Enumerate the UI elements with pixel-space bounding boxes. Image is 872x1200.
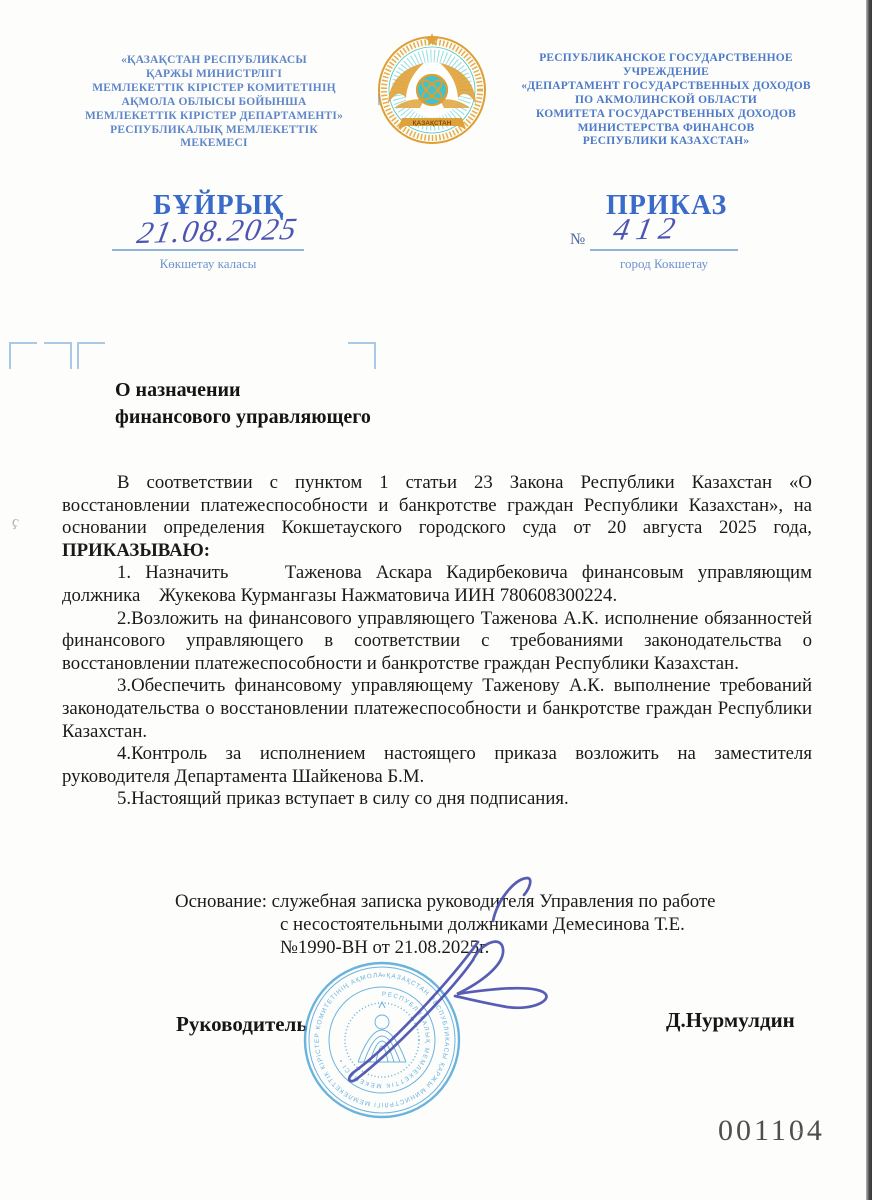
org-ru-line: РЕСПУБЛИКАНСКОЕ ГОСУДАРСТВЕННОЕ — [500, 52, 832, 66]
body-item: 4.Контроль за исполнением настоящего при… — [62, 743, 812, 788]
scan-artifact — [378, 94, 380, 105]
org-kk-line: РЕСПУБЛИКАЛЫҚ МЕМЛЕКЕТТІК — [58, 124, 370, 138]
body-item: 1. Назначить Таженова Аскара Кадирбекови… — [62, 562, 812, 607]
date-fill-line — [112, 249, 304, 251]
body-item: 2.Возложить на финансового управляющего … — [62, 608, 812, 676]
handwritten-order-number: 412 — [610, 210, 685, 248]
city-label-kazakh: Көкшетау каласы — [112, 256, 304, 272]
body-intro-paragraph: В соответствии с пунктом 1 статьи 23 Зак… — [62, 472, 812, 562]
number-sign: № — [570, 231, 585, 249]
org-name-russian: РЕСПУБЛИКАНСКОЕ ГОСУДАРСТВЕННОЕ УЧРЕЖДЕН… — [500, 52, 832, 149]
crop-corner-mark — [44, 342, 72, 369]
number-fill-line — [590, 249, 738, 251]
form-number: 001104 — [718, 1114, 825, 1148]
emblem-banner-label: ҚАЗАҚСТАН — [413, 120, 452, 127]
kazakhstan-emblem-icon: ҚАЗАҚСТАН — [374, 30, 490, 146]
crop-corner-mark — [77, 342, 105, 369]
org-kk-line: МЕМЛЕКЕТТІК КІРІСТЕР ДЕПАРТАМЕНТІ» — [58, 110, 370, 124]
pen-signature — [330, 866, 570, 1096]
org-kk-line: МЕКЕМЕСІ — [58, 137, 370, 151]
order-body: В соответствии с пунктом 1 статьи 23 Зак… — [62, 472, 812, 811]
crop-corner-mark — [9, 342, 37, 369]
signer-position-label: Руководитель — [176, 1012, 307, 1037]
city-label-russian: город Кокшетау — [590, 256, 738, 272]
org-name-kazakh: «ҚАЗАҚСТАН РЕСПУБЛИКАСЫ ҚАРЖЫ МИНИСТРЛІГ… — [58, 54, 370, 151]
org-ru-line: МИНИСТЕРСТВА ФИНАНСОВ — [500, 122, 832, 136]
org-kk-line: «ҚАЗАҚСТАН РЕСПУБЛИКАСЫ — [58, 54, 370, 68]
order-subject: О назначении финансового управляющего — [115, 377, 371, 431]
scan-artifact: + — [797, 1124, 804, 1139]
org-kk-line: АҚМОЛА ОБЛЫСЫ БОЙЫНША — [58, 96, 370, 110]
org-kk-line: МЕМЛЕКЕТТІК КІРІСТЕР КОМИТЕТІНІҢ — [58, 82, 370, 96]
subject-line: О назначении — [115, 377, 371, 404]
body-item: 3.Обеспечить финансовому управляющему Та… — [62, 675, 812, 743]
signer-name: Д.Нурмулдин — [666, 1008, 795, 1033]
handwritten-date: 21.08.2025 — [134, 211, 301, 251]
org-ru-line: «ДЕПАРТАМЕНТ ГОСУДАРСТВЕННЫХ ДОХОДОВ — [500, 80, 832, 94]
scanner-edge-shadow — [866, 0, 872, 1200]
org-ru-line: УЧРЕЖДЕНИЕ — [500, 66, 832, 80]
org-ru-line: РЕСПУБЛИКИ КАЗАХСТАН» — [500, 135, 832, 149]
body-intro-bold: ПРИКАЗЫВАЮ: — [62, 540, 210, 561]
org-ru-line: КОМИТЕТА ГОСУДАРСТВЕННЫХ ДОХОДОВ — [500, 108, 832, 122]
org-ru-line: ПО АКМОЛИНСКОЙ ОБЛАСТИ — [500, 94, 832, 108]
scan-artifact: ç — [10, 513, 21, 531]
scanned-order-document: «ҚАЗАҚСТАН РЕСПУБЛИКАСЫ ҚАРЖЫ МИНИСТРЛІГ… — [0, 0, 872, 1200]
subject-line: финансового управляющего — [115, 404, 371, 431]
org-kk-line: ҚАРЖЫ МИНИСТРЛІГІ — [58, 68, 370, 82]
crop-corner-mark — [348, 342, 376, 369]
body-intro-text: В соответствии с пунктом 1 статьи 23 Зак… — [62, 472, 812, 538]
body-item: 5.Настоящий приказ вступает в силу со дн… — [62, 788, 812, 811]
